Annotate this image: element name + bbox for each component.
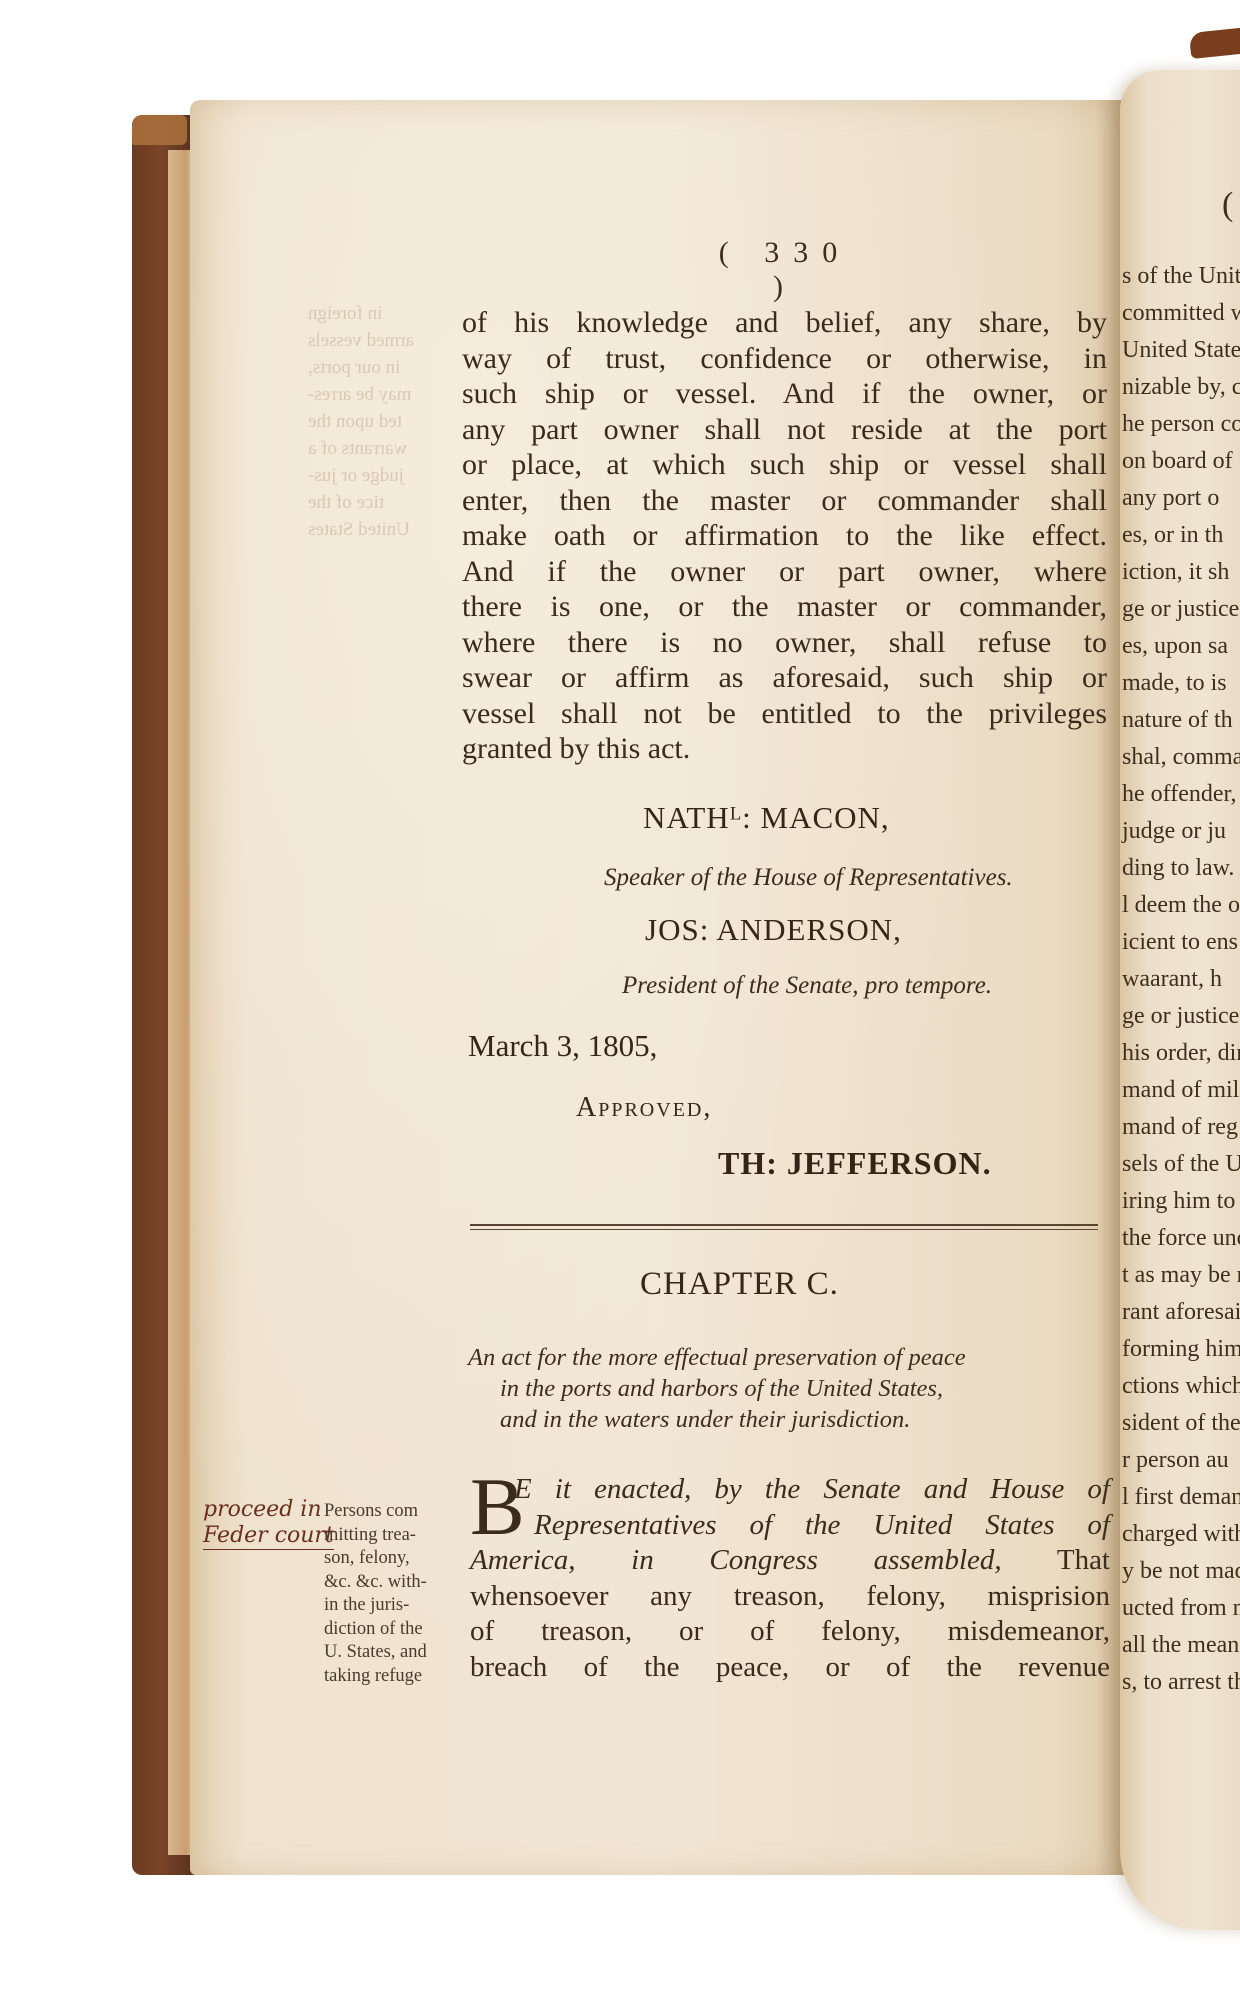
text-line: make oath or affirmation to the like eff… — [462, 518, 1107, 554]
text-line: there is one, or the master or commander… — [462, 589, 1107, 625]
handwritten-line: proceed in — [203, 1497, 334, 1523]
bleed-line: in our ports, — [308, 354, 448, 381]
enacting-clause: E it enacted, by the Senate and House of… — [470, 1472, 1110, 1685]
right-page-line: es, or in th — [1122, 517, 1240, 554]
enact-roman: That — [1002, 1544, 1110, 1576]
handwritten-annotation: proceed in Feder court — [203, 1497, 334, 1550]
bleed-line: ted upon the — [308, 408, 448, 435]
right-page-line: United States — [1122, 332, 1240, 369]
right-page-line: nizable by, c — [1122, 369, 1240, 406]
right-page-line: ge or justice, — [1122, 998, 1240, 1035]
right-page-line: rant aforesaic — [1122, 1294, 1240, 1331]
text-line: vessel shall not be entitled to the priv… — [462, 696, 1107, 732]
right-page-line: forming hims — [1122, 1331, 1240, 1368]
margin-note-line: son, felony, — [324, 1547, 454, 1571]
margin-note: Persons com mitting trea- son, felony, &… — [324, 1500, 454, 1688]
right-page-line: ctions which — [1122, 1368, 1240, 1405]
right-page-text: s of the Unite committed wi United State… — [1122, 258, 1240, 1701]
right-page-line: ge or justice — [1122, 591, 1240, 628]
right-page-line: es, upon sa — [1122, 628, 1240, 665]
right-page-line: ucted from ma — [1122, 1590, 1240, 1627]
right-page-line: waarant, h — [1122, 961, 1240, 998]
bleed-through-margin-note: in foreign armed vessels in our ports, m… — [308, 300, 448, 543]
right-page-line: ding to law. — [1122, 850, 1240, 887]
margin-note-line: U. States, and — [324, 1641, 454, 1665]
speaker-title: Speaker of the House of Representatives. — [604, 864, 1013, 892]
president-name: JOS: ANDERSON, — [645, 912, 902, 948]
enact-line: E it enacted, by the Senate and House of — [470, 1472, 1110, 1508]
margin-note-line: taking refuge — [324, 1665, 454, 1689]
right-page-line: made, to is — [1122, 665, 1240, 702]
enact-line: Representatives of the United States of — [470, 1508, 1110, 1544]
right-page-line: his order, dir — [1122, 1035, 1240, 1072]
text-line: where there is no owner, shall refuse to — [462, 625, 1107, 661]
right-page-line: any port o — [1122, 480, 1240, 517]
right-page-line: mand of mil — [1122, 1072, 1240, 1109]
right-page-line: t as may be n — [1122, 1257, 1240, 1294]
handwritten-line: Feder court — [203, 1523, 334, 1550]
right-page-line: the force unc — [1122, 1220, 1240, 1257]
enactment-date: March 3, 1805, — [468, 1028, 657, 1064]
right-page-line: all the means — [1122, 1627, 1240, 1664]
text-line: or place, at which such ship or vessel s… — [462, 447, 1107, 483]
bleed-line: judge or jus- — [308, 462, 448, 489]
right-page-line: sident of the — [1122, 1405, 1240, 1442]
enact-line: whensoever any treason, felony, misprisi… — [470, 1579, 1110, 1615]
right-page-line: shal, comma — [1122, 739, 1240, 776]
right-cover-tip — [1189, 27, 1240, 59]
right-page-line: l first demand — [1122, 1479, 1240, 1516]
approver-name: TH: JEFFERSON. — [718, 1145, 992, 1182]
text-line: such ship or vessel. And if the owner, o… — [462, 376, 1107, 412]
text-line: way of trust, confidence or otherwise, i… — [462, 341, 1107, 377]
right-page-line: s of the Unite — [1122, 258, 1240, 295]
bleed-line: warrants of a — [308, 435, 448, 462]
right-page-line: icient to ens — [1122, 924, 1240, 961]
body-paragraph: of his knowledge and belief, any share, … — [462, 305, 1107, 767]
right-page-line: mand of reg — [1122, 1109, 1240, 1146]
margin-note-line: Persons com — [324, 1500, 454, 1524]
right-page-line: l deem the or — [1122, 887, 1240, 924]
right-page-line: nature of th — [1122, 702, 1240, 739]
right-page-line: s, to arrest th — [1122, 1664, 1240, 1701]
bleed-line: may be arres- — [308, 381, 448, 408]
enact-line: America, in Congress assembled, That — [470, 1543, 1110, 1579]
right-page-line: committed wi — [1122, 295, 1240, 332]
double-rule-top — [470, 1224, 1098, 1226]
double-rule-bottom — [470, 1229, 1098, 1230]
right-page-line: iction, it sh — [1122, 554, 1240, 591]
bleed-line: tice of the — [308, 489, 448, 516]
approved-label: Approved, — [576, 1092, 712, 1124]
enact-italic: America, in Congress assembled, — [470, 1544, 1002, 1576]
bleed-line: in foreign — [308, 300, 448, 327]
chapter-heading: CHAPTER C. — [640, 1266, 839, 1303]
text-line: enter, then the master or commander shal… — [462, 483, 1107, 519]
speaker-name: NATHᴸ: MACON, — [643, 800, 890, 836]
right-page-line: on board of — [1122, 443, 1240, 480]
right-page-line: he offender, — [1122, 776, 1240, 813]
act-title-line: An act for the more effectual preservati… — [468, 1342, 1108, 1373]
president-title: President of the Senate, pro tempore. — [622, 972, 992, 1000]
margin-note-line: mitting trea- — [324, 1524, 454, 1548]
enact-line: breach of the peace, or of the revenue — [470, 1650, 1110, 1686]
page-number: ( 330 ) — [700, 236, 870, 304]
act-title-line: and in the waters under their jurisdicti… — [468, 1404, 1108, 1435]
right-page-line: iring him to — [1122, 1183, 1240, 1220]
right-page-number-paren: ( — [1222, 186, 1233, 224]
right-page-line: r person au — [1122, 1442, 1240, 1479]
book-cover-wear — [132, 115, 187, 145]
text-line: And if the owner or part owner, where — [462, 554, 1107, 590]
margin-note-line: &c. &c. with- — [324, 1571, 454, 1595]
margin-note-line: in the juris- — [324, 1594, 454, 1618]
act-title-line: in the ports and harbors of the United S… — [468, 1373, 1108, 1404]
bleed-line: United States — [308, 516, 448, 543]
text-line: granted by this act. — [462, 731, 1107, 767]
text-line: swear or affirm as aforesaid, such ship … — [462, 660, 1107, 696]
margin-note-line: diction of the — [324, 1618, 454, 1642]
right-page-line: he person co — [1122, 406, 1240, 443]
right-page-line: sels of the Un — [1122, 1146, 1240, 1183]
text-line: any part owner shall not reside at the p… — [462, 412, 1107, 448]
right-page-line: judge or ju — [1122, 813, 1240, 850]
right-page-line: charged with — [1122, 1516, 1240, 1553]
text-line: of his knowledge and belief, any share, … — [462, 305, 1107, 341]
bleed-line: armed vessels — [308, 327, 448, 354]
right-page-line: y be not made — [1122, 1553, 1240, 1590]
act-title: An act for the more effectual preservati… — [468, 1342, 1108, 1435]
enact-line: of treason, or of felony, misdemeanor, — [470, 1614, 1110, 1650]
